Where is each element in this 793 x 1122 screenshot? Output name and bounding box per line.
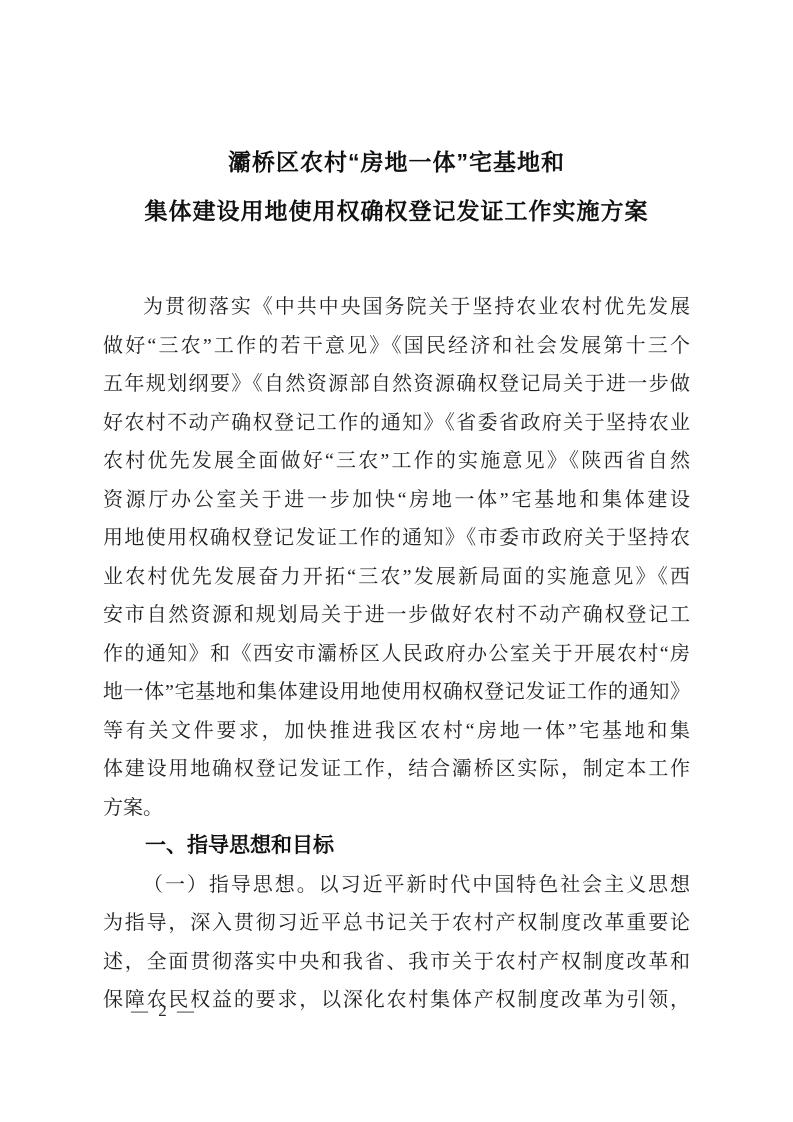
paragraph-2-line-2: 为指导，深入贯彻习近平总书记关于农村产权制度改革重要论	[103, 904, 690, 943]
paragraph-1-line-1: 为贯彻落实《中共中央国务院关于坚持农业农村优先发展	[103, 288, 690, 327]
paragraph-1-line-13: 体建设用地确权登记发证工作，结合灞桥区实际，制定本工作	[103, 750, 690, 789]
paragraph-1-line-14: 方案。	[103, 789, 690, 828]
page-number: — 2 —	[131, 1001, 197, 1021]
paragraph-2-line-3: 述，全面贯彻落实中央和我省、我市关于农村产权制度改革和	[103, 943, 690, 982]
paragraph-1-line-10: 作的通知》和《西安市灞桥区人民政府办公室关于开展农村“房	[103, 635, 690, 674]
paragraph-1-line-12: 等有关文件要求，加快推进我区农村“房地一体”宅基地和集	[103, 712, 690, 751]
paragraph-1-line-7: 用地使用权确权登记发证工作的通知》《市委市政府关于坚持农	[103, 519, 690, 558]
document-content: 灞桥区农村“房地一体”宅基地和 集体建设用地使用权确权登记发证工作实施方案 为贯…	[103, 0, 690, 1020]
paragraph-1-line-3: 五年规划纲要》《自然资源部自然资源确权登记局关于进一步做	[103, 365, 690, 404]
document-title-line-2: 集体建设用地使用权确权登记发证工作实施方案	[103, 187, 690, 236]
document-title: 灞桥区农村“房地一体”宅基地和 集体建设用地使用权确权登记发证工作实施方案	[103, 138, 690, 236]
document-body: 为贯彻落实《中共中央国务院关于坚持农业农村优先发展 做好“三农”工作的若干意见》…	[103, 288, 690, 1020]
paragraph-1-line-11: 地一体”宅基地和集体建设用地使用权确权登记发证工作的通知》	[103, 673, 690, 712]
paragraph-1-line-4: 好农村不动产确权登记工作的通知》《省委省政府关于坚持农业	[103, 404, 690, 443]
paragraph-1-line-2: 做好“三农”工作的若干意见》《国民经济和社会发展第十三个	[103, 327, 690, 366]
section-heading: 一、指导思想和目标	[103, 827, 690, 866]
paragraph-1-line-8: 业农村优先发展奋力开拓“三农”发展新局面的实施意见》《西	[103, 558, 690, 597]
document-title-line-1: 灞桥区农村“房地一体”宅基地和	[103, 138, 690, 187]
paragraph-1-line-6: 资源厅办公室关于进一步加快“房地一体”宅基地和集体建设	[103, 481, 690, 520]
document-page: 灞桥区农村“房地一体”宅基地和 集体建设用地使用权确权登记发证工作实施方案 为贯…	[0, 0, 793, 1122]
paragraph-1-line-5: 农村优先发展全面做好“三农”工作的实施意见》《陕西省自然	[103, 442, 690, 481]
paragraph-1-line-9: 安市自然资源和规划局关于进一步做好农村不动产确权登记工	[103, 596, 690, 635]
paragraph-2-line-1: （一）指导思想。以习近平新时代中国特色社会主义思想	[103, 866, 690, 905]
